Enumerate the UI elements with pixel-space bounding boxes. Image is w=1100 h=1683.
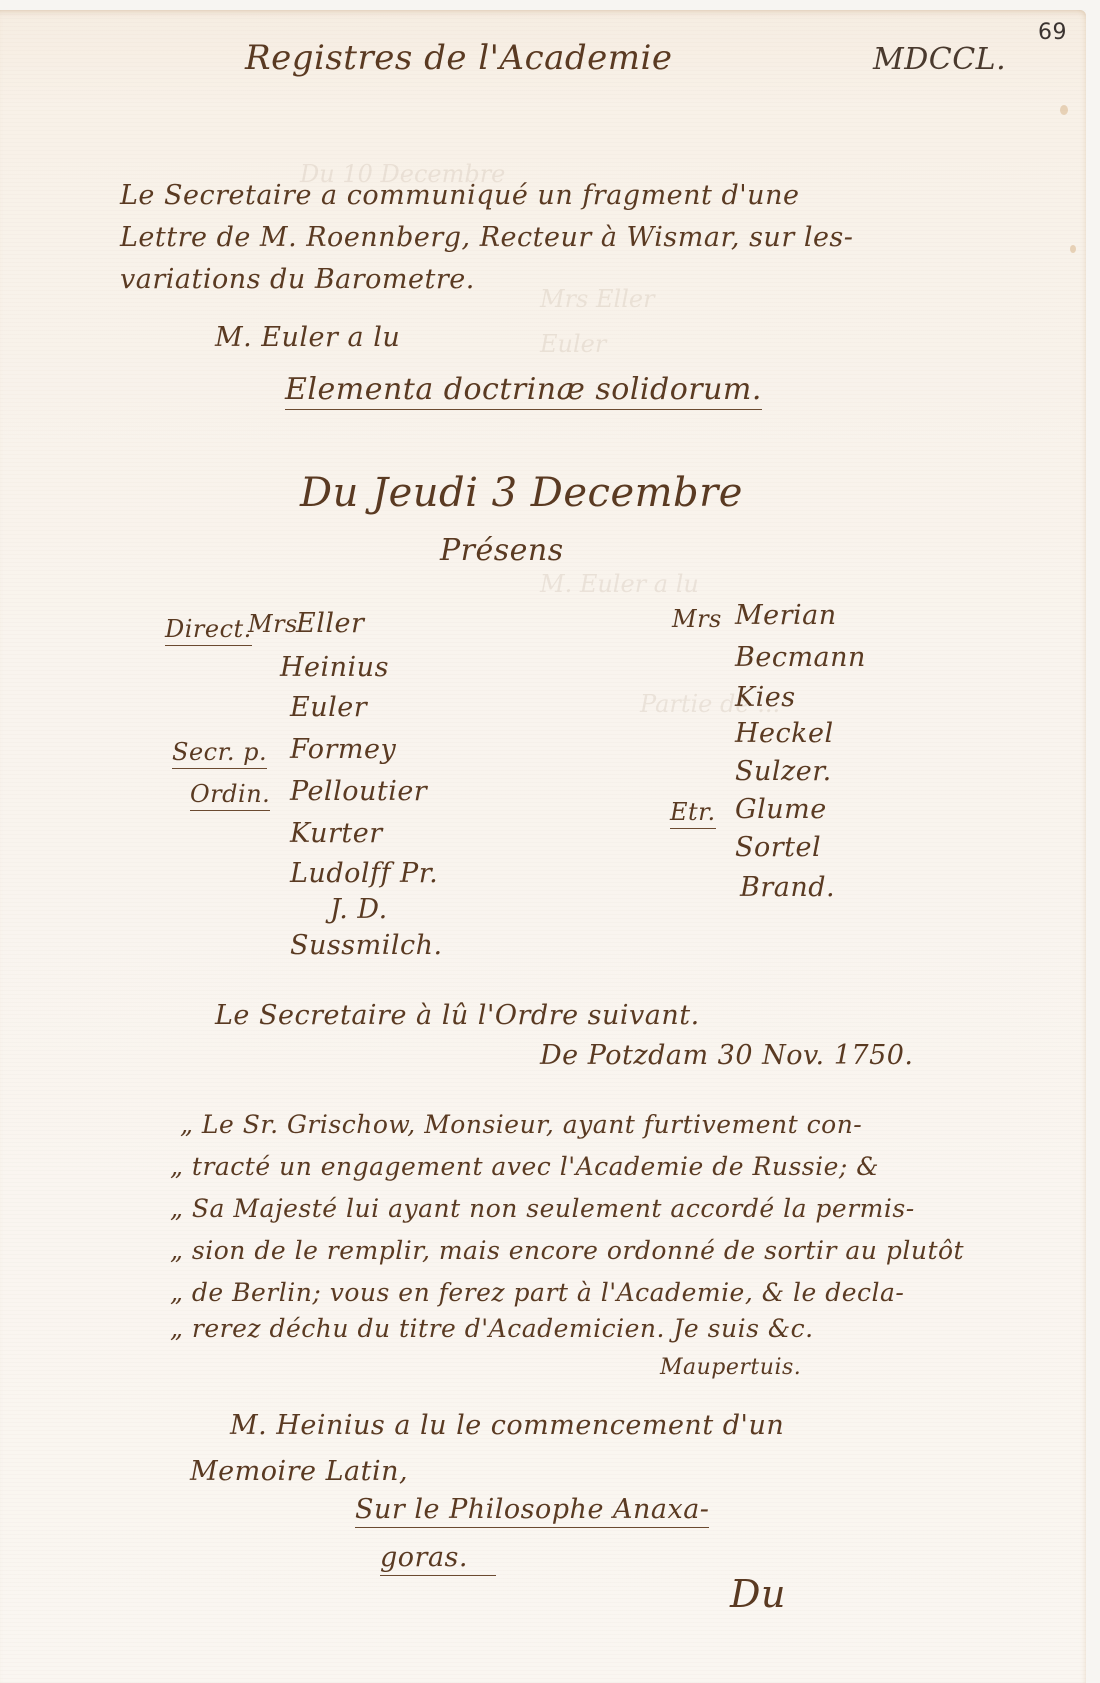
member-name: Sussmilch.: [290, 930, 443, 961]
role-label: Direct.: [165, 615, 252, 646]
role-label: Etr.: [670, 798, 716, 829]
member-name: Heinius: [280, 652, 389, 683]
entry-1-line-3: variations du Barometre.: [120, 264, 475, 295]
entry-1-line-1: Le Secretaire a communiqué un fragment d…: [120, 180, 799, 211]
member-name: Ludolff Pr.: [290, 858, 438, 889]
bleed-through-text: M. Euler a lu: [540, 570, 699, 598]
member-name: Formey: [290, 734, 396, 765]
letter-line: „ de Berlin; vous en ferez part à l'Acad…: [170, 1278, 904, 1307]
member-name: Eller: [296, 608, 364, 639]
paper-stain: [1070, 245, 1076, 253]
member-name: Pelloutier: [290, 776, 427, 807]
folio-number: 69: [1038, 20, 1067, 45]
memoir-title-line-1: Sur le Philosophe Anaxa-: [355, 1494, 709, 1528]
paper-stain: [1060, 105, 1068, 115]
member-name: Kurter: [290, 818, 383, 849]
member-prefix: Mrs: [672, 605, 722, 633]
member-name: Sortel: [735, 832, 821, 863]
letter-dateline: De Potzdam 30 Nov. 1750.: [540, 1040, 914, 1071]
member-name: Kies: [735, 682, 796, 713]
member-name: Glume: [735, 794, 827, 825]
entry-4-line-1: M. Heinius a lu le commencement d'un: [230, 1410, 784, 1441]
register-title: Registres de l'Academie: [245, 38, 673, 78]
letter-signature: Maupertuis.: [660, 1355, 801, 1380]
role-label: Secr. p.: [172, 738, 267, 769]
entry-2-work-title: Elementa doctrinæ solidorum.: [285, 372, 762, 410]
entry-3-line: Le Secretaire à lû l'Ordre suivant.: [215, 1000, 700, 1031]
letter-line: „ sion de le remplir, mais encore ordonn…: [170, 1236, 964, 1265]
manuscript-page: Du 10 Decembre Mrs Eller Euler M. Euler …: [0, 10, 1086, 1683]
session-heading: Du Jeudi 3 Decembre: [300, 470, 743, 516]
bleed-through-text: Mrs Eller: [540, 285, 655, 313]
register-year: MDCCL.: [873, 42, 1006, 77]
role-label: Ordin.: [190, 780, 270, 811]
entry-1-line-2: Lettre de M. Roennberg, Recteur à Wismar…: [120, 222, 853, 253]
catchword: Du: [730, 1572, 786, 1616]
member-name: J. D.: [330, 894, 388, 925]
letter-line: „ rerez déchu du titre d'Academicien. Je…: [170, 1314, 814, 1343]
memoir-title-line-2: goras.: [380, 1542, 496, 1576]
letter-line: „ Sa Majesté lui ayant non seulement acc…: [170, 1194, 915, 1223]
bleed-through-text: Euler: [540, 330, 606, 358]
member-name: Euler: [290, 692, 367, 723]
entry-4-line-2: Memoire Latin,: [190, 1456, 408, 1487]
member-name: Heckel: [735, 718, 834, 749]
entry-2-line: M. Euler a lu: [215, 322, 400, 353]
member-name: Becmann: [735, 642, 866, 673]
letter-line: „ Le Sr. Grischow, Monsieur, ayant furti…: [180, 1110, 862, 1139]
member-prefix: Mrs: [248, 610, 298, 638]
session-subheading: Présens: [440, 533, 564, 568]
letter-line: „ tracté un engagement avec l'Academie d…: [170, 1152, 879, 1181]
member-name: Brand.: [740, 872, 835, 903]
member-name: Merian: [735, 600, 837, 631]
member-name: Sulzer.: [735, 756, 832, 787]
